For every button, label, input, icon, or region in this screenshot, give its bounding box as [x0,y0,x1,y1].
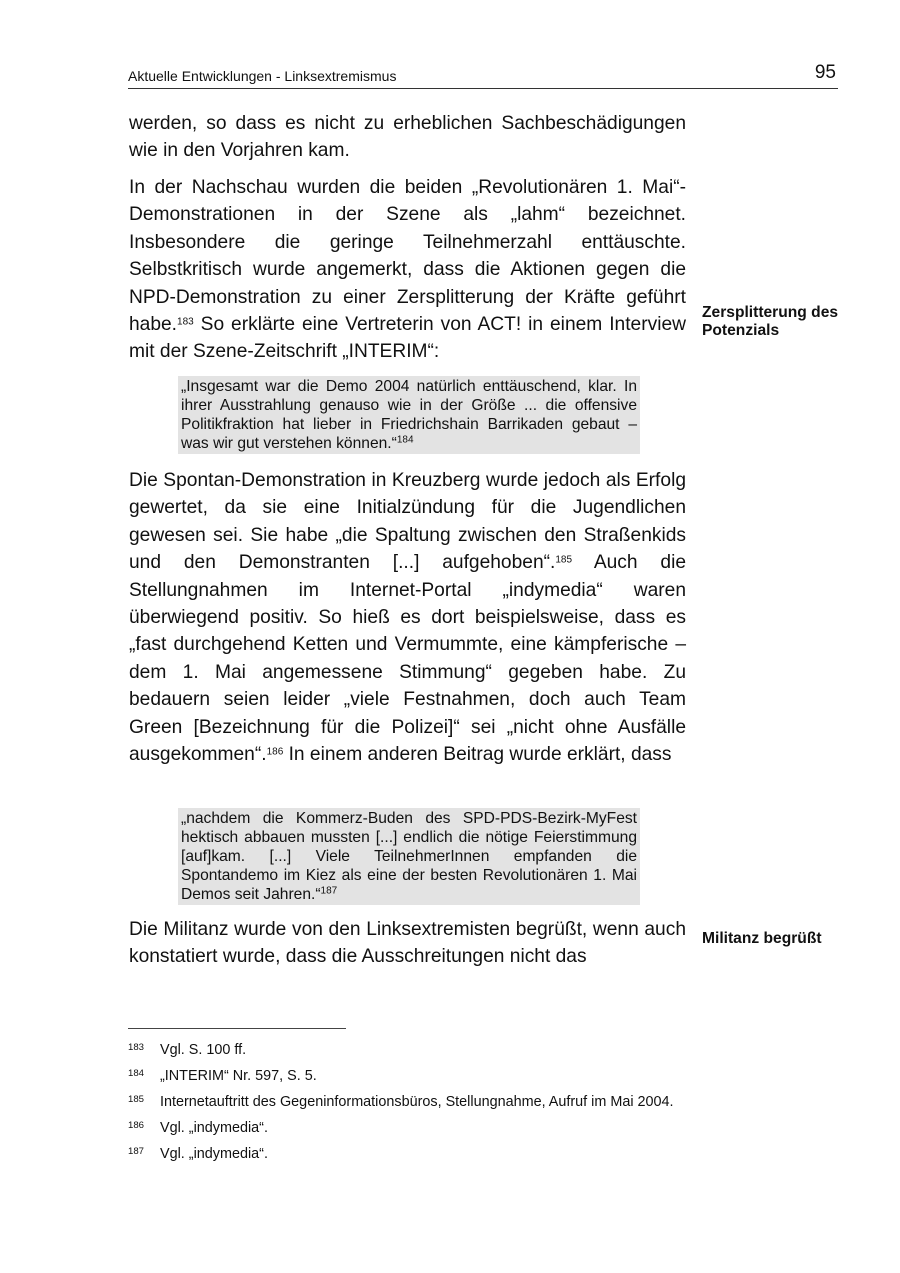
footnote-ref[interactable]: 183 [177,317,194,328]
page-number: 95 [815,62,836,84]
block-quote-interim: „Insgesamt war die Demo 2004 natürlich e… [178,376,640,454]
quote-text: „nachdem die Kommerz-Buden des SPD-PDS-B… [181,810,637,903]
footnote: 184 „INTERIM“ Nr. 597, S. 5. [128,1068,686,1085]
footnote: 187 Vgl. „indymedia“. [128,1146,686,1163]
footnote-divider [128,1028,346,1029]
paragraph-text: In einem anderen Beitrag wurde erklärt, … [283,744,671,765]
footnote-text: Vgl. S. 100 ff. [160,1042,686,1059]
paragraph-text: Auch die Stellungnahmen im Internet-Port… [129,552,686,765]
footnote-ref[interactable]: 185 [555,555,572,566]
paragraph-text: So erklärte eine Vertreterin von ACT! in… [129,314,686,362]
margin-note-zersplitterung: Zersplitterung des Potenzials [702,304,872,340]
block-quote-indymedia: „nachdem die Kommerz-Buden des SPD-PDS-B… [178,808,640,905]
paragraph-spontan-demonstration: Die Spontan-Demonstration in Kreuzberg w… [129,467,686,768]
footnote-ref[interactable]: 186 [267,747,284,758]
footnote-text: Internetauftritt des Gegeninformationsbü… [160,1094,686,1111]
footnote-text: Vgl. „indymedia“. [160,1120,686,1137]
footnote: 183 Vgl. S. 100 ff. [128,1042,686,1059]
footnote: 186 Vgl. „indymedia“. [128,1120,686,1137]
header-title: Aktuelle Entwicklungen - Linksextremismu… [128,68,396,84]
paragraph-text: In der Nachschau wurden die beiden „Revo… [129,177,686,335]
footnote-number: 187 [128,1146,160,1163]
footnote-number: 184 [128,1068,160,1085]
paragraph-militanz: Die Militanz wurde von den Linksextremis… [129,916,686,971]
paragraph-continuation: werden, so dass es nicht zu erheblichen … [129,110,686,165]
paragraph-nachschau: In der Nachschau wurden die beiden „Revo… [129,174,686,366]
footnote-number: 186 [128,1120,160,1137]
footnote-number: 185 [128,1094,160,1111]
footnote-number: 183 [128,1042,160,1059]
footnote-text: Vgl. „indymedia“. [160,1146,686,1163]
footnotes: 183 Vgl. S. 100 ff. 184 „INTERIM“ Nr. 59… [128,1042,686,1172]
margin-note-militanz: Militanz begrüßt [702,930,872,948]
running-header: Aktuelle Entwicklungen - Linksextremismu… [128,62,838,89]
footnote: 185 Internetauftritt des Gegeninformatio… [128,1094,686,1111]
footnote-ref[interactable]: 184 [397,435,414,446]
footnote-ref[interactable]: 187 [321,886,338,897]
footnote-text: „INTERIM“ Nr. 597, S. 5. [160,1068,686,1085]
